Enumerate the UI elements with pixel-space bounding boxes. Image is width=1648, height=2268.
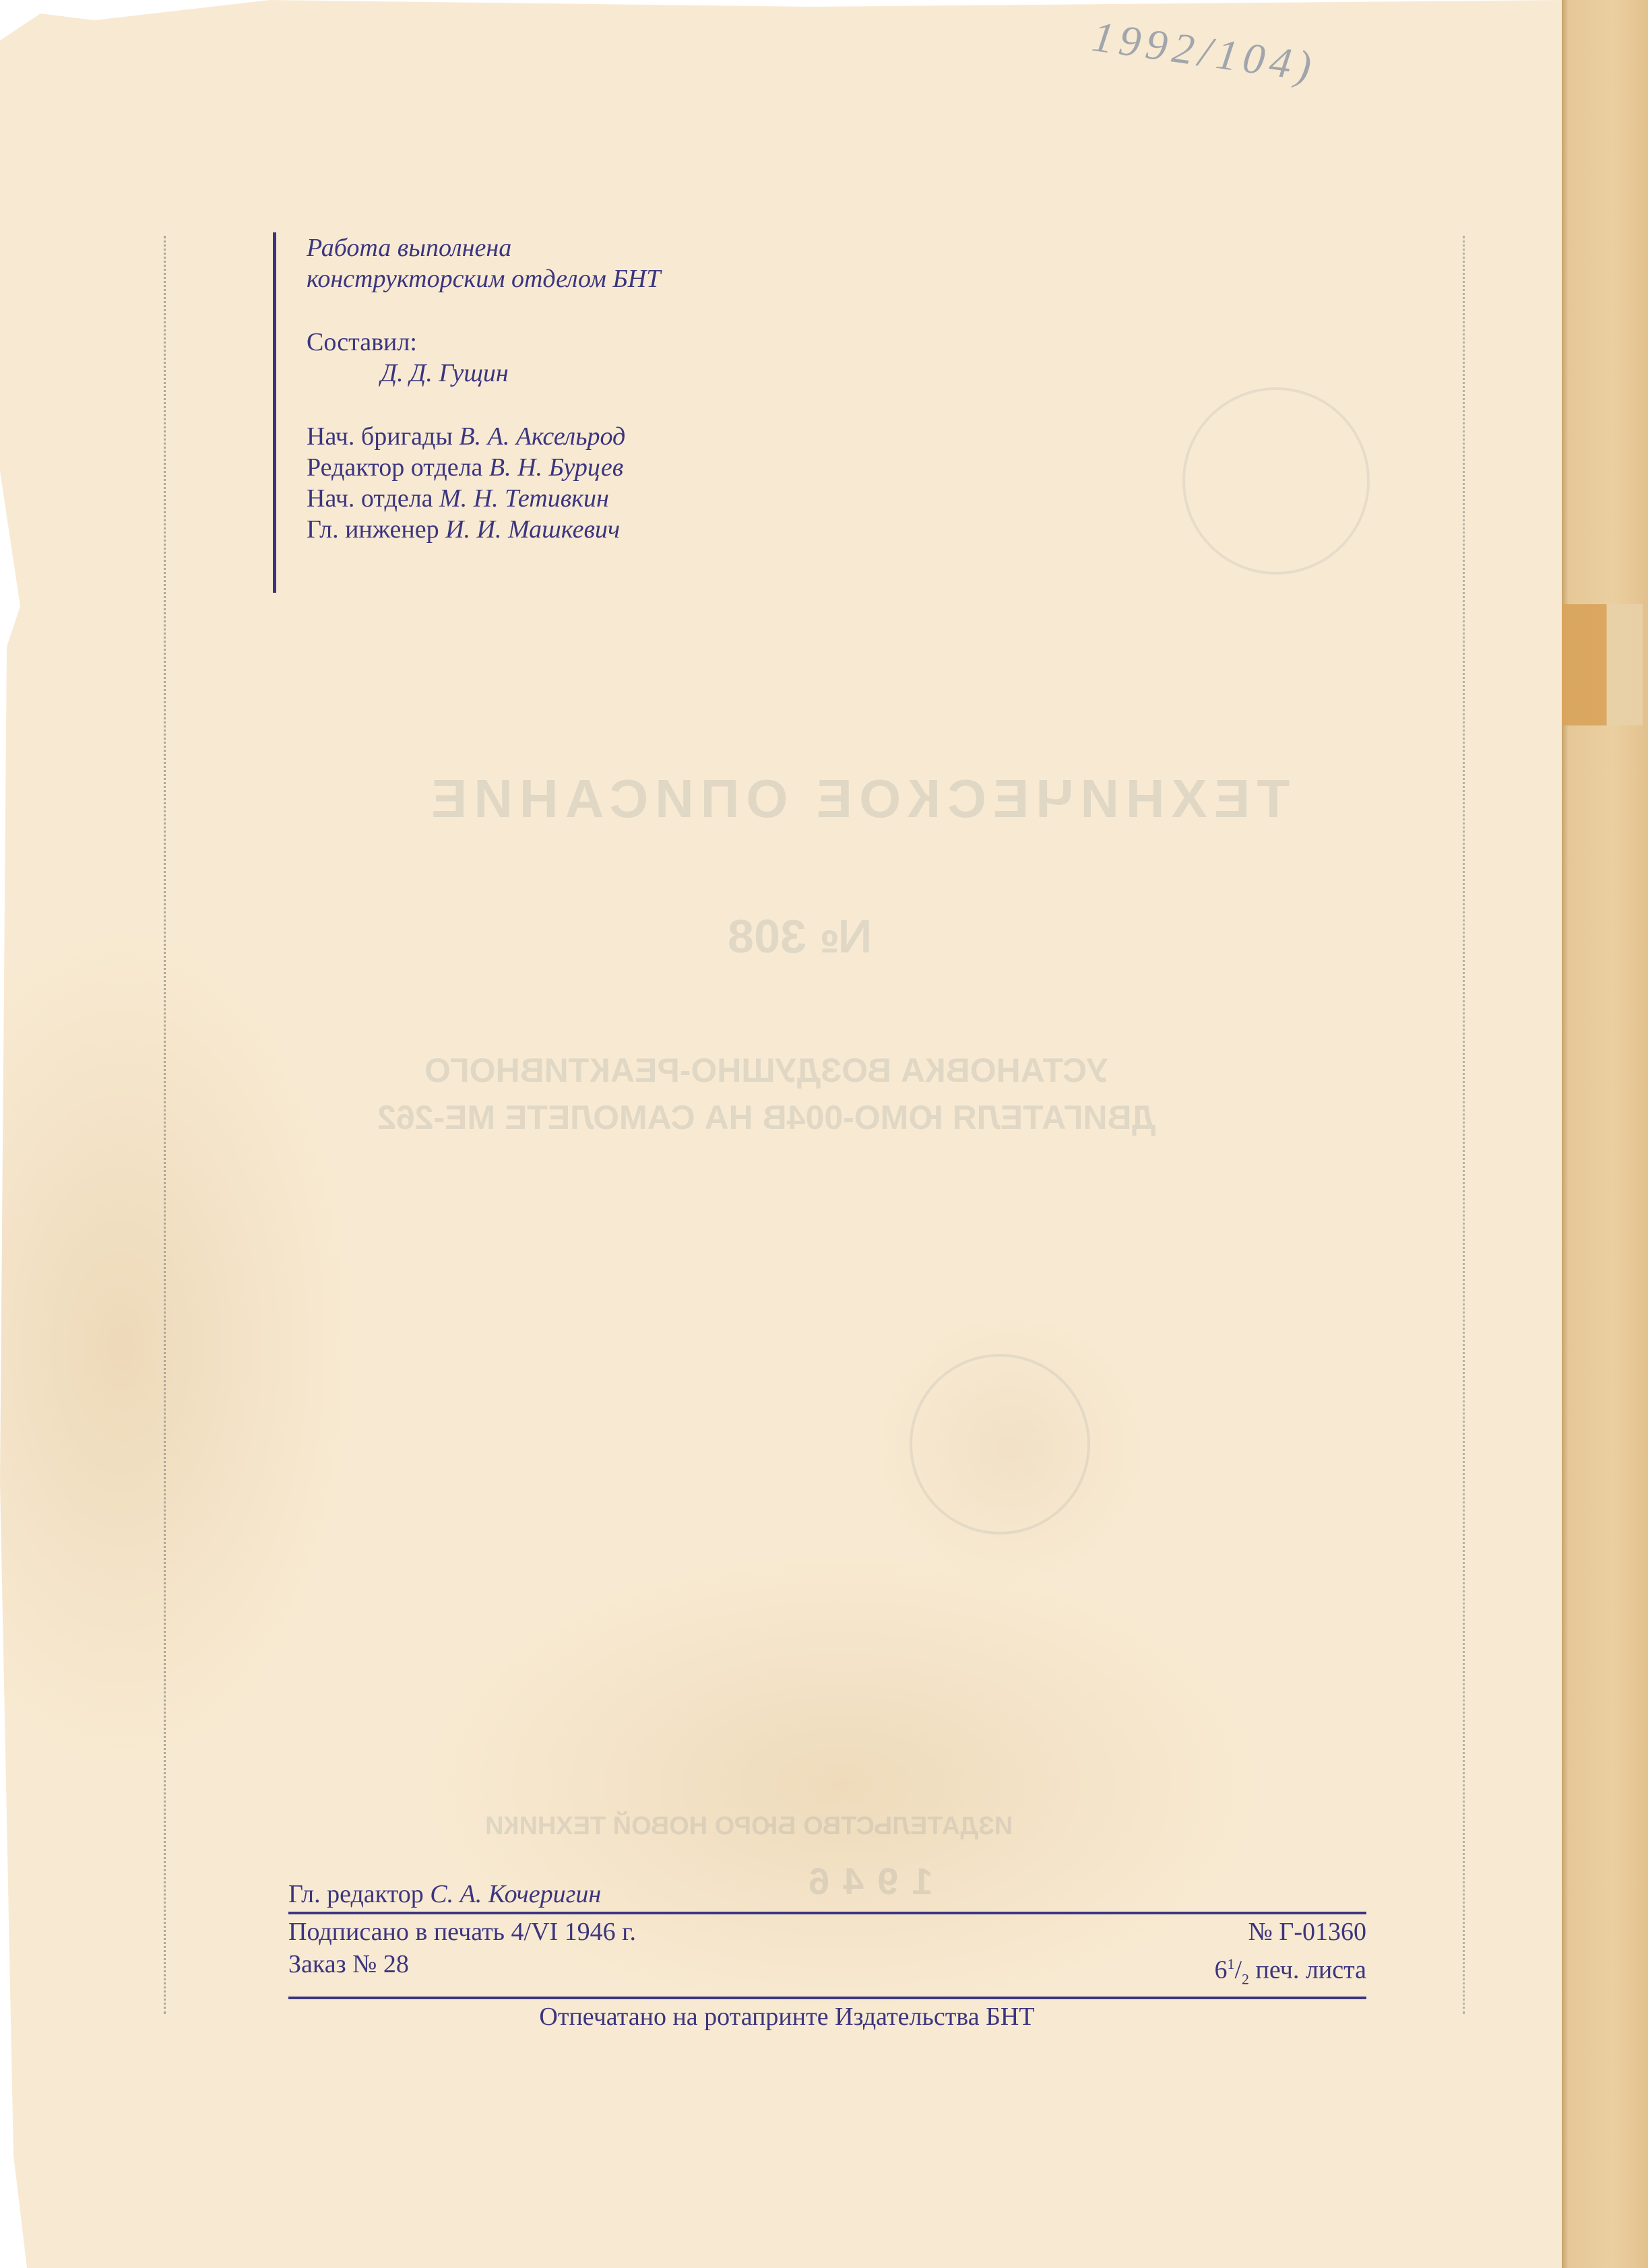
staff-row: Редактор отдела В. Н. Бурцев	[307, 452, 660, 483]
chief-editor-name: С. А. Кочеригин	[430, 1880, 601, 1908]
ghost-title: ТЕХНИЧЕСКОЕ ОПИСАНИЕ	[424, 768, 1290, 830]
staff-row: Нач. отдела М. Н. Тетивкин	[307, 483, 660, 514]
divider	[288, 1912, 1366, 1914]
signed-to-print: Подписано в печать 4/VI 1946 г.	[288, 1916, 636, 1948]
compiled-name: Д. Д. Гущин	[307, 358, 660, 389]
staff-name: М. Н. Тетивкин	[439, 484, 609, 513]
print-sheets: 61/2 печ. листа	[1214, 1948, 1366, 1995]
staff-role: Нач. отдела	[307, 484, 433, 513]
imprint-block: Гл. редактор С. А. Кочеригин Подписано в…	[288, 1878, 1366, 2033]
staff-role: Нач. бригады	[307, 422, 453, 451]
divider	[288, 1997, 1366, 1999]
tape-patch	[1562, 604, 1643, 725]
ghost-publisher: ИЗДАТЕЛЬСТВО БЮРО НОВОЙ ТЕХНИКИ	[485, 1812, 1013, 1841]
staff-role: Редактор отдела	[307, 453, 482, 482]
chief-editor-role: Гл. редактор	[288, 1880, 424, 1908]
staff-role: Гл. инженер	[307, 515, 439, 544]
work-line-1: Работа выполнена	[307, 232, 660, 263]
chief-editor: Гл. редактор С. А. Кочеригин	[288, 1878, 1366, 1910]
staff-row: Нач. бригады В. А. Аксельрод	[307, 421, 660, 452]
order-number: Заказ № 28	[288, 1948, 409, 1995]
printed-by: Отпечатано на ротапринте Издательства БН…	[288, 2001, 1366, 2033]
ghost-subtitle-2: ДВИГАТЕЛЯ ЮМО-004В НА САМОЛЕТЕ МЕ-262	[377, 1098, 1155, 1137]
credits-block: Работа выполнена конструкторским отделом…	[273, 232, 660, 593]
ghost-stamp	[910, 1354, 1090, 1534]
staff-name: И. И. Машкевич	[445, 515, 620, 544]
work-line-2: конструкторским отделом БНТ	[307, 263, 660, 294]
ghost-emblem	[1182, 387, 1370, 575]
staff-row: Гл. инженер И. И. Машкевич	[307, 514, 660, 545]
ghost-subtitle-1: УСТАНОВКА ВОЗДУШНО-РЕАКТИВНОГО	[424, 1051, 1108, 1090]
publication-number: № Г-01360	[1248, 1916, 1366, 1948]
compiled-label: Составил:	[307, 327, 660, 358]
staff-name: В. Н. Бурцев	[489, 453, 623, 482]
binding-strip	[1562, 0, 1648, 2268]
staff-name: В. А. Аксельрод	[459, 422, 625, 451]
ghost-number: № 308	[728, 909, 872, 963]
